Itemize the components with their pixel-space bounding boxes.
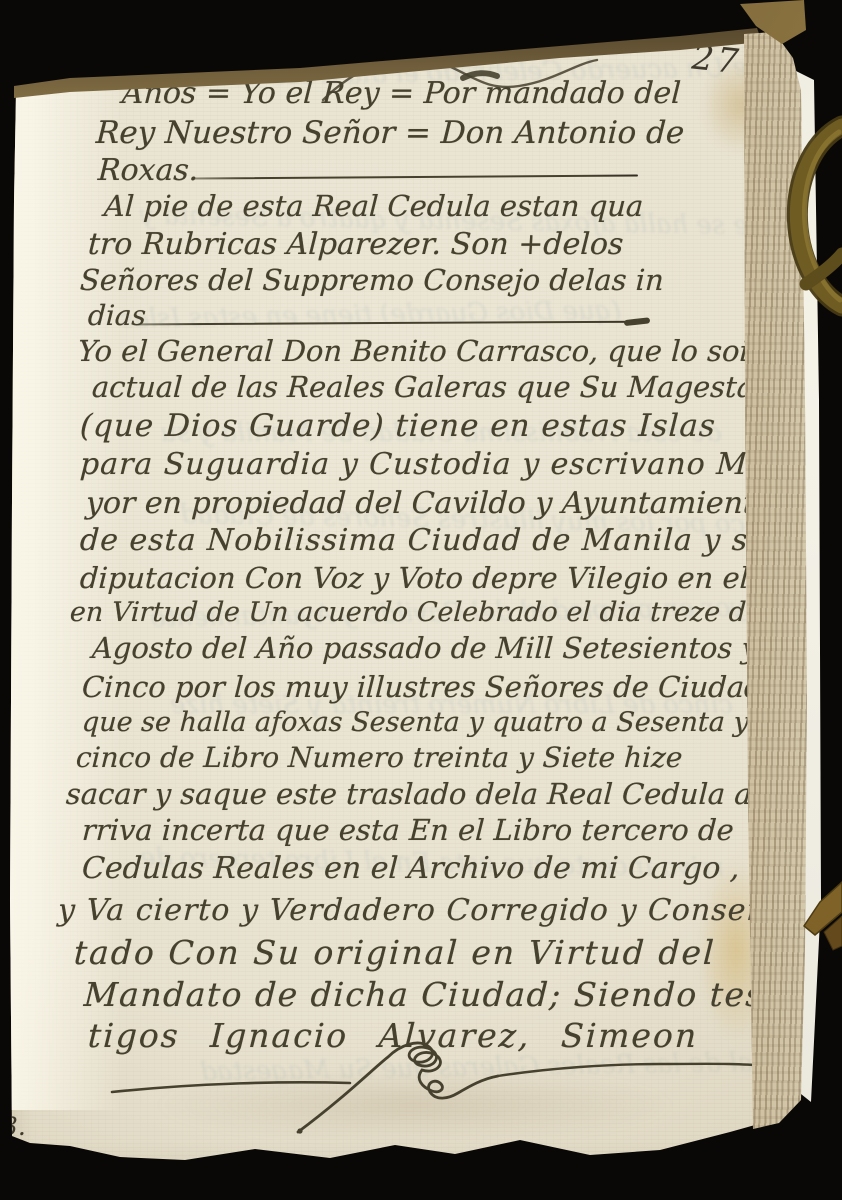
manuscript-line: Cinco por los muy illustres Señores de C… <box>81 670 764 704</box>
manuscript-line: rriva incerta que esta En el Libro terce… <box>81 813 735 847</box>
manuscript-line: sacar y saque este traslado dela Real Ce… <box>65 777 753 811</box>
manuscript-line: Cedulas Reales en el Archivo de mi Cargo… <box>81 851 740 886</box>
manuscript-line: actual de las Reales Galeras que Su Mage… <box>91 370 774 404</box>
manuscript-line: que se halla afoxas Sesenta y quatro a S… <box>81 707 749 738</box>
manuscript-page: en Virtud de Un acuerdo Celebrado el dia… <box>0 0 842 1200</box>
manuscript-line: Roxas. <box>97 153 199 188</box>
manuscript-line: diputacion Con Voz y Voto depre Vilegio … <box>79 561 750 595</box>
manuscript-line: (que Dios Guarde) tiene en estas Islas <box>79 408 717 444</box>
manuscript-line: de esta Nobilissima Ciudad de Manila y s… <box>79 523 769 558</box>
manuscript-line: tado Con Su original en Virtud del <box>73 933 717 972</box>
margin-mark: 3. <box>2 1112 26 1141</box>
manuscript-line: Rey Nuestro Señor = Don Antonio de <box>95 115 685 151</box>
manuscript-line: para Suguardia y Custodia y escrivano Ma <box>79 447 768 482</box>
notary-rubric-flourish-icon <box>50 1035 780 1160</box>
manuscript-line: Señores del Suppremo Consejo delas in <box>79 263 665 297</box>
manuscript-line: en Virtud de Un acuerdo Celebrado el dia… <box>69 597 763 628</box>
manuscript-line: y Va cierto y Verdadero Corregido y Cons… <box>57 893 774 928</box>
manuscript-line: Agosto del Año passado de Mill Setesient… <box>91 631 759 665</box>
manuscript-text: Años = Yo el Rey = Por mandado delRey Nu… <box>0 0 842 1200</box>
leather-tie-loop-icon <box>792 116 842 316</box>
manuscript-line: Al pie de esta Real Cedula estan qua <box>103 189 644 223</box>
manuscript-line: cinco de Libro Numero treinta y Siete hi… <box>75 741 683 774</box>
manuscript-line: dias <box>87 299 147 332</box>
leather-tie-end-icon <box>800 876 842 960</box>
manuscript-line: yor en propiedad del Cavildo y Ayuntamie… <box>85 486 774 521</box>
manuscript-photo: en Virtud de Un acuerdo Celebrado el dia… <box>0 0 842 1200</box>
manuscript-line: Yo el General Don Benito Carrasco, que l… <box>77 334 750 368</box>
manuscript-line: Mandato de dicha Ciudad; Siendo tes- <box>83 975 778 1014</box>
manuscript-line: tro Rubricas Alparezer. Son +delos <box>87 227 624 262</box>
